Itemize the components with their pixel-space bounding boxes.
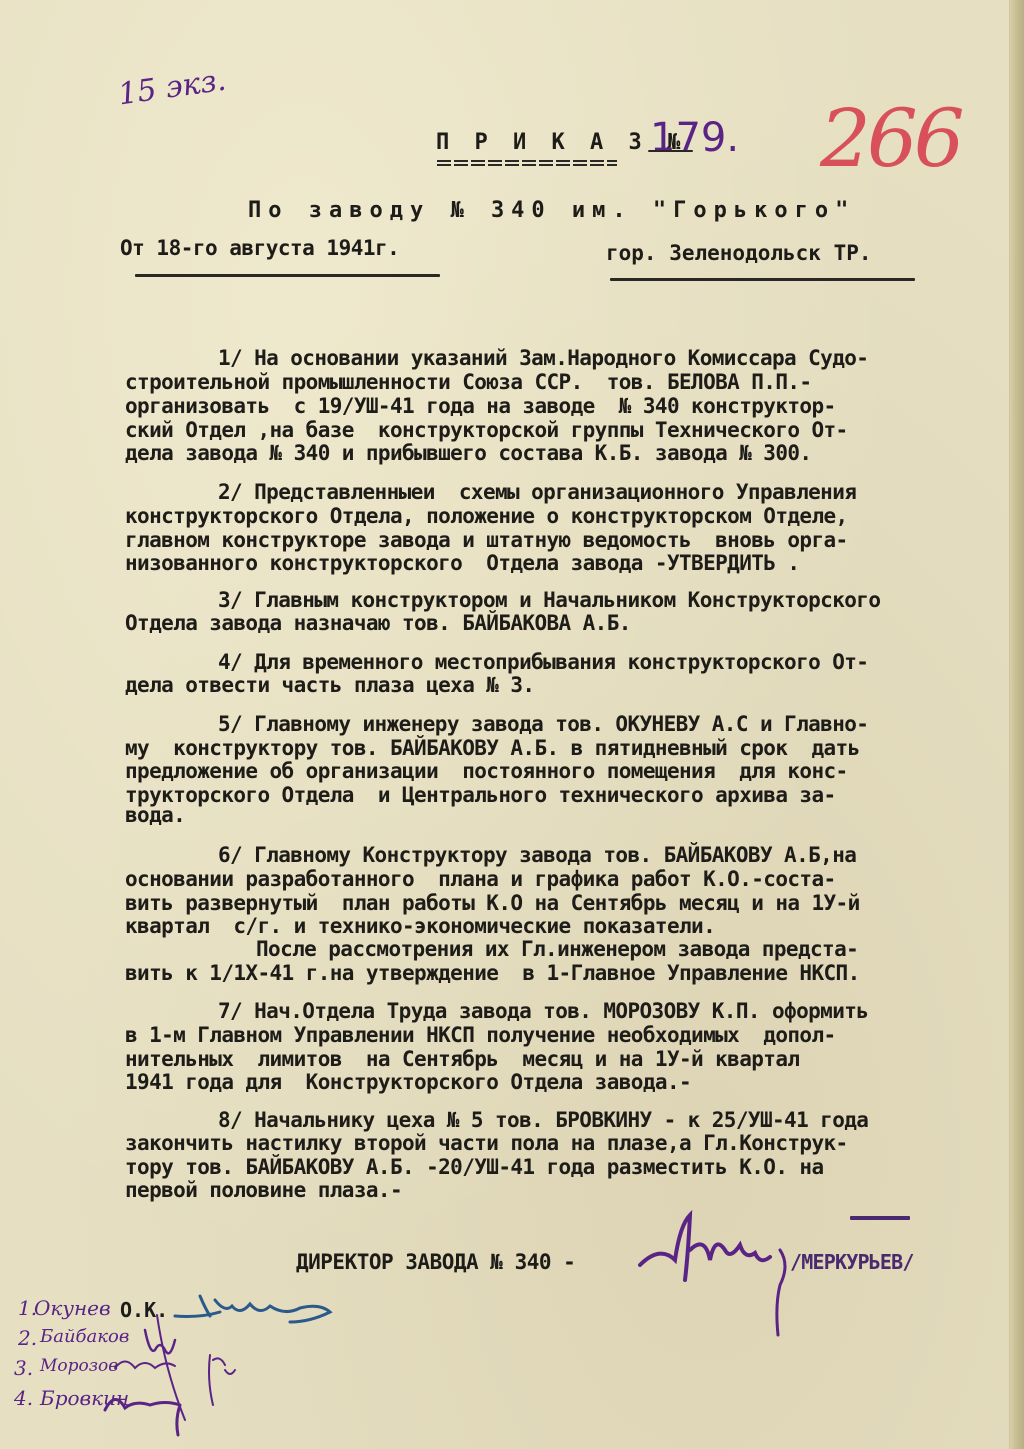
paragraph-line: предложение об организации постоянного п… — [125, 759, 848, 783]
order-number-underline — [648, 150, 693, 152]
paragraph-line: 8/ Начальнику цеха № 5 тов. БРОВКИНУ - к… — [218, 1108, 868, 1132]
paragraph-line: вода. — [125, 803, 185, 827]
order-number: 179. — [650, 115, 739, 161]
paragraph-line: 2/ Представленныеи схемы организационног… — [218, 480, 856, 504]
city-underline — [610, 278, 915, 281]
paragraph-line: главном конструкторе завода и штатную ве… — [125, 528, 848, 552]
ack-index: 4. — [14, 1386, 33, 1410]
paragraph-line: му конструктору тов. БАЙБАКОВУ А.Б. в пя… — [125, 736, 860, 760]
paragraph-line: трукторского Отдела и Центрального техни… — [125, 783, 836, 807]
order-city: гор. Зеленодольск ТР. — [606, 241, 872, 265]
paragraph-line: дела завода № 340 и прибывшего состава К… — [125, 441, 811, 465]
paragraph-line: квартал с/г. и технико-экономические пок… — [125, 914, 715, 938]
order-date: От 18-го августа 1941г. — [120, 236, 399, 260]
paragraph-line: низованного конструкторского Отдела заво… — [125, 551, 799, 575]
paragraph-line: первой половине плаза.- — [125, 1178, 402, 1202]
paragraph-line: 4/ Для временного местоприбывания констр… — [218, 650, 868, 674]
paragraph-line: 6/ Главному Конструктору завода тов. БАЙ… — [218, 843, 856, 867]
paragraph-line: основании разработанного плана и графика… — [125, 867, 836, 891]
paragraph-line: 3/ Главным конструктором и Начальником К… — [218, 588, 880, 612]
archive-page-number: 266 — [820, 92, 961, 185]
paragraph-line: 1941 года для Конструкторского Отдела за… — [125, 1070, 691, 1094]
title-double-underline — [437, 160, 617, 162]
paragraph-line: вить развернутый план работы К.О на Сент… — [125, 891, 860, 915]
factory-line: По заводу № 340 им. "Горького" — [248, 198, 855, 223]
paragraph-line: 7/ Нач.Отдела Труда завода тов. МОРОЗОВУ… — [218, 999, 868, 1023]
paragraph-line: строительной промышленности Союза ССР. т… — [125, 370, 811, 394]
paragraph-line: Отдела завода назначаю тов. БАЙБАКОВА А.… — [125, 611, 631, 635]
paragraph-line: вить к 1/1Х-41 г.на утверждение в 1-Глав… — [125, 961, 860, 985]
paragraph-line: дела отвести часть плаза цеха № 3. — [125, 673, 534, 697]
paragraph-line: 5/ Главному инженеру завода тов. ОКУНЕВУ… — [218, 712, 868, 736]
paragraph-line: нительных лимитов на Сентябрь месяц и на… — [125, 1047, 799, 1071]
signature-title: ДИРЕКТОР ЗАВОДА № 340 - — [296, 1250, 575, 1274]
paragraph-line: конструкторского Отдела, положение о кон… — [125, 504, 848, 528]
paragraph-line: После рассмотрения их Гл.инженером завод… — [256, 937, 858, 961]
signatory-name: /МЕРКУРЬЕВ/ — [790, 1250, 914, 1274]
paragraph-line: в 1-м Главном Управлении НКСП получение … — [125, 1023, 836, 1047]
paragraph-line: организовать с 19/УШ-41 года на заводе №… — [125, 394, 836, 418]
page-edge — [1009, 0, 1024, 1449]
paragraph-line: 1/ На основании указаний Зам.Народного К… — [218, 346, 868, 370]
date-underline — [135, 274, 440, 277]
director-signature-icon — [630, 1205, 800, 1345]
ack-signatures-icon — [95, 1310, 265, 1440]
signature-overline — [850, 1216, 910, 1220]
paragraph-line: тору тов. БАЙБАКОВУ А.Б. -20/УШ-41 года … — [125, 1155, 824, 1179]
paragraph-line: ский Отдел ,на базе конструкторской груп… — [125, 418, 848, 442]
ack-index: 3. — [14, 1356, 33, 1380]
title-double-underline-2 — [437, 164, 617, 166]
paragraph-line: закончить настилку второй части пола на … — [125, 1131, 848, 1155]
ack-index: 2. — [18, 1326, 37, 1350]
